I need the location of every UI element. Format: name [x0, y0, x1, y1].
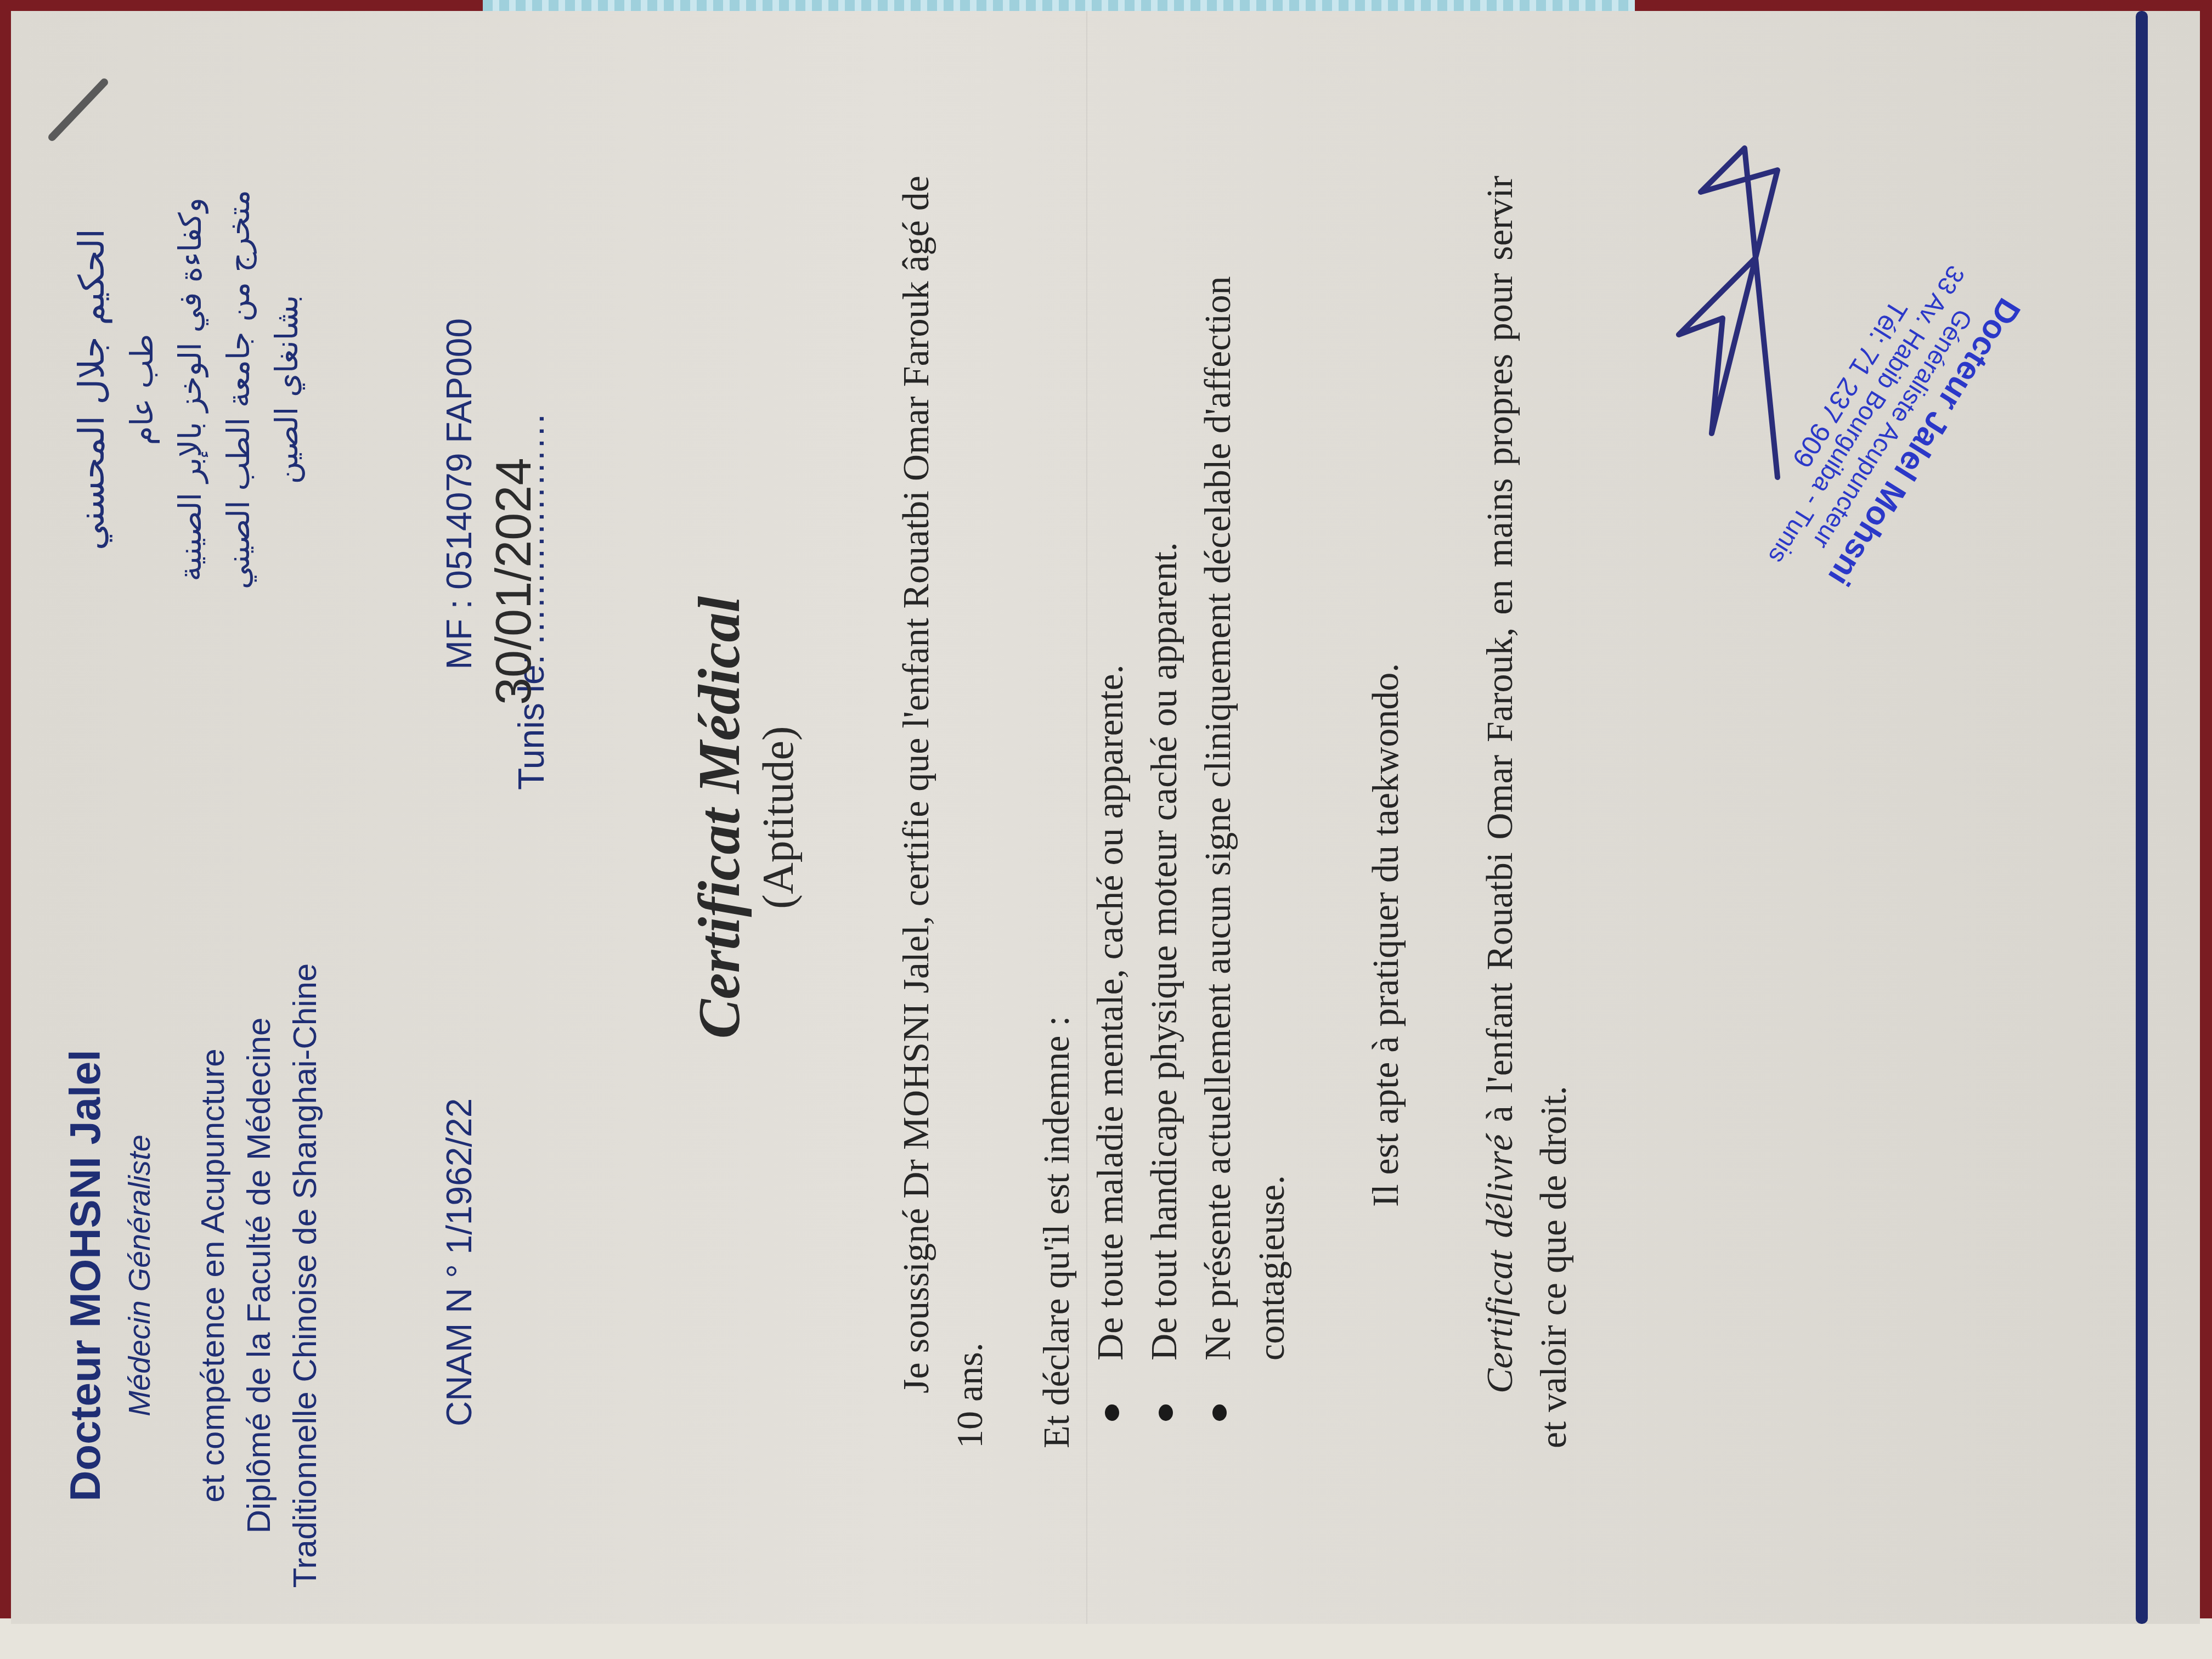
bullet-icon — [1105, 1404, 1119, 1421]
doctor-name: Docteur MOHSNI Jalel — [60, 960, 110, 1591]
list-item: De tout handicape physique moteur caché … — [1137, 176, 1190, 1448]
page-border-line — [2136, 11, 2148, 1624]
certificate-sheet: Docteur MOHSNI Jalel Médecin Généraliste… — [11, 11, 2200, 1624]
qualification-line: et compétence en Acupuncture — [190, 960, 236, 1591]
underlying-document — [0, 1618, 2212, 1659]
certificate-title: Certificat Médical — [686, 11, 754, 1624]
qualification-line: Diplômé de la Faculté de Médecine — [236, 960, 282, 1591]
handwritten-date: 30/01/2024 — [486, 458, 543, 705]
arabic-line: بشانغاي الصين — [263, 88, 312, 691]
arabic-line: وكفاءة في الوخز بالإبر الصينية — [167, 88, 215, 691]
mf-number: MF : 0514079 FAP000 — [439, 318, 479, 669]
cnam-number: CNAM N ° 1/1962/22 — [439, 1098, 479, 1426]
certificate-photo: Docteur MOHSNI Jalel Médecin Généraliste… — [11, 11, 2200, 1624]
certificate-title-block: Certificat Médical (Aptitude) — [686, 11, 804, 1624]
certificate-body: Je soussigné Dr MOHSNI Jalel, certifie q… — [889, 176, 1580, 1448]
place-date-line: Tunis le: ................... 30/01/2024 — [510, 241, 552, 790]
intro-paragraph: Je soussigné Dr MOHSNI Jalel, certifie q… — [889, 176, 996, 1448]
registration-ids: CNAM N ° 1/1962/22 MF : 0514079 FAP000 — [439, 11, 505, 1624]
list-item: De toute maladie mentale, caché ou appar… — [1083, 176, 1137, 1448]
signature-icon — [1613, 115, 1843, 499]
declaration-heading: Et déclare qu'il est indemne : — [1029, 176, 1083, 1448]
qualification-line: Traditionnelle Chinoise de Shanghai-Chin… — [282, 960, 328, 1591]
aptitude-statement: Il est apte à pratiquer du taekwondo. — [1358, 176, 1412, 1448]
doctor-specialty: Médecin Généraliste — [121, 960, 157, 1591]
arabic-line: طب عام — [119, 88, 167, 691]
bullet-icon — [1159, 1404, 1173, 1421]
certificate-subtitle: (Aptitude) — [754, 11, 804, 1624]
letterhead-arabic: الحكيم جلال المحسني طب عام وكفاءة في الو… — [66, 88, 312, 691]
declaration-list: De toute maladie mentale, caché ou appar… — [1083, 176, 1298, 1448]
doctor-name-arabic: الحكيم جلال المحسني — [66, 88, 119, 691]
letterhead-french: Docteur MOHSNI Jalel Médecin Généraliste… — [55, 960, 328, 1591]
pen-tip-icon — [47, 77, 112, 143]
arabic-line: متخرج من جامعة الطب الصيني — [215, 88, 263, 691]
closing-paragraph: Certificat délivré à l'enfant Rouatbi Om… — [1472, 176, 1580, 1448]
bullet-icon — [1212, 1404, 1227, 1421]
list-item: Ne présente actuellement aucun signe cli… — [1190, 176, 1298, 1448]
